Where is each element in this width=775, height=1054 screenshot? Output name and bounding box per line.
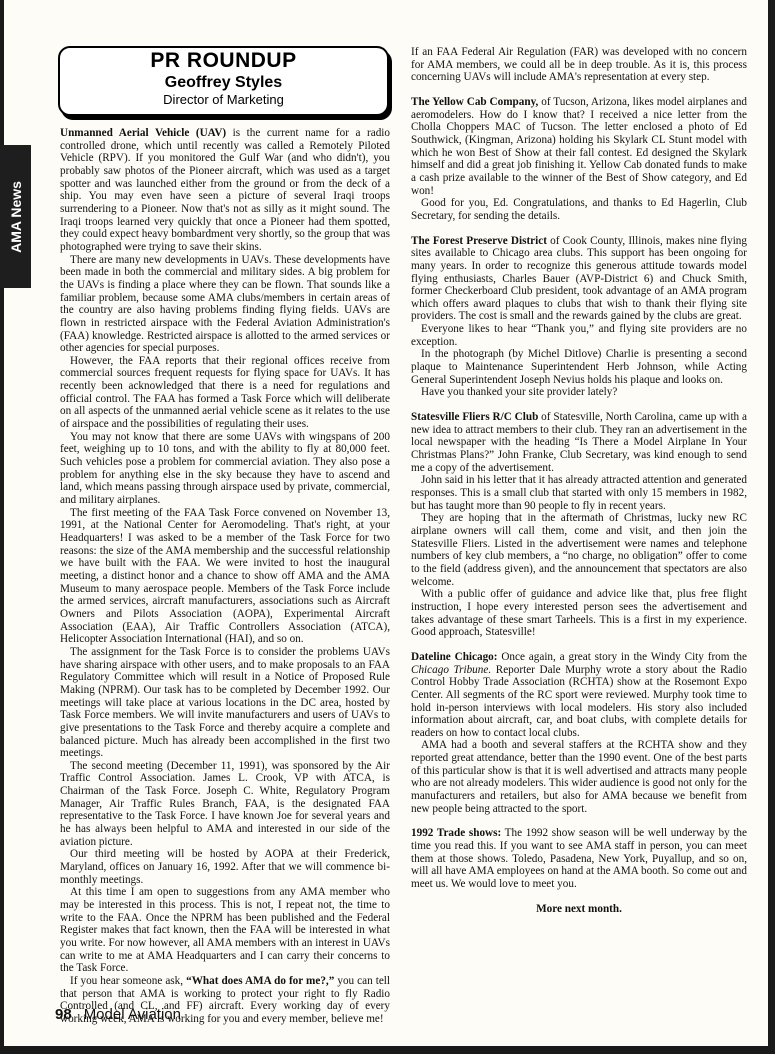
author-name: Geoffrey Styles xyxy=(60,73,387,92)
article-title: PR ROUNDUP xyxy=(60,49,387,73)
article-header-box: PR ROUNDUP Geoffrey Styles Director of M… xyxy=(58,46,389,116)
scan-border-bottom xyxy=(0,1046,775,1054)
paragraph: Statesville Fliers R/C Club of Statesvil… xyxy=(411,411,747,474)
paragraph-lead: Statesville Fliers R/C Club xyxy=(411,411,538,423)
paragraph: They are hoping that in the aftermath of… xyxy=(411,512,747,588)
paragraph: The Yellow Cab Company, of Tucson, Arizo… xyxy=(411,96,747,197)
paragraph: The Forest Preserve District of Cook Cou… xyxy=(411,235,747,324)
paragraph: If an FAA Federal Air Regulation (FAR) w… xyxy=(411,46,747,84)
paragraph-lead: Dateline Chicago: xyxy=(411,651,498,663)
scan-border-right xyxy=(768,0,775,1054)
section-tab: AMA News xyxy=(0,145,31,288)
page-footer: 98Model Aviation xyxy=(55,1006,181,1023)
paragraph: The second meeting (December 11, 1991), … xyxy=(60,760,390,849)
paragraph: Good for you, Ed. Congratulations, and t… xyxy=(411,197,747,222)
closing-line: More next month. xyxy=(411,903,747,916)
paragraph: However, the FAA reports that their regi… xyxy=(60,355,390,431)
paragraph: Our third meeting will be hosted by AOPA… xyxy=(60,848,390,886)
paragraph: John said in his letter that it has alre… xyxy=(411,474,747,512)
paragraph: At this time I am open to suggestions fr… xyxy=(60,886,390,975)
paragraph: Everyone likes to hear “Thank you,” and … xyxy=(411,323,747,348)
paragraph: Unmanned Aerial Vehicle (UAV) is the cur… xyxy=(60,127,390,254)
quote-bold: “What does AMA do for me?,” xyxy=(186,975,334,987)
paragraph: The first meeting of the FAA Task Force … xyxy=(60,507,390,646)
paragraph-lead: Unmanned Aerial Vehicle (UAV) xyxy=(60,127,226,139)
paragraph: AMA had a booth and several staffers at … xyxy=(411,739,747,815)
page-number: 98 xyxy=(55,1006,72,1023)
paragraph: With a public offer of guidance and advi… xyxy=(411,588,747,639)
paragraph: The assignment for the Task Force is to … xyxy=(60,646,390,760)
paragraph: Have you thanked your site provider late… xyxy=(411,386,747,399)
paragraph: 1992 Trade shows: The 1992 show season w… xyxy=(411,827,747,890)
paragraph: In the photograph (by Michel Ditlove) Ch… xyxy=(411,348,747,386)
paragraph-lead: 1992 Trade shows: xyxy=(411,827,501,839)
section-tab-label: AMA News xyxy=(8,181,24,253)
paragraph: You may not know that there are some UAV… xyxy=(60,431,390,507)
paragraph-lead: The Yellow Cab Company, xyxy=(411,96,538,108)
paragraph-lead: The Forest Preserve District xyxy=(411,235,547,247)
publication-title: Model Aviation xyxy=(84,1006,181,1023)
left-column: Unmanned Aerial Vehicle (UAV) is the cur… xyxy=(60,127,390,1026)
paragraph: There are many new developments in UAVs.… xyxy=(60,254,390,355)
right-column: If an FAA Federal Air Regulation (FAR) w… xyxy=(411,46,747,915)
publication-name: Chicago Tribune. xyxy=(411,664,491,676)
paragraph: Dateline Chicago: Once again, a great st… xyxy=(411,651,747,740)
author-role: Director of Marketing xyxy=(60,92,387,108)
